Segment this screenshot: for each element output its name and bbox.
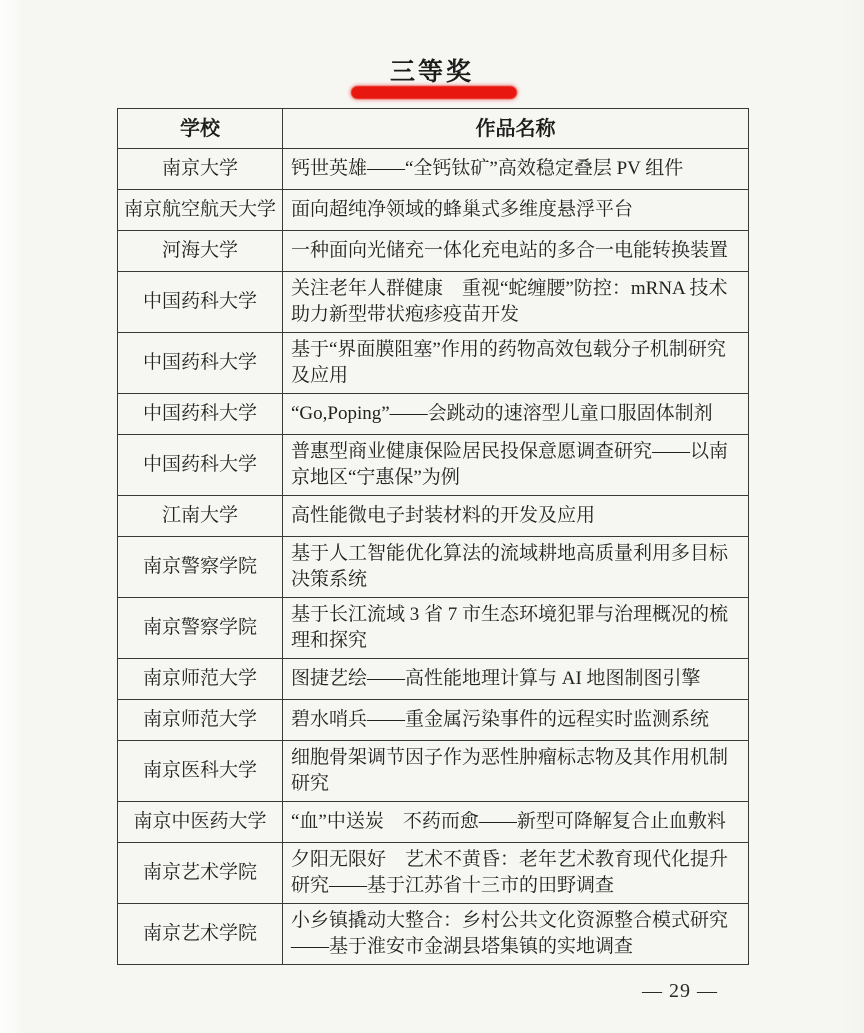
- school-cell: 江南大学: [118, 496, 283, 537]
- school-cell: 南京警察学院: [118, 537, 283, 598]
- work-cell: 小乡镇撬动大整合：乡村公共文化资源整合模式研究——基于淮安市金湖县塔集镇的实地调…: [283, 904, 749, 965]
- school-cell: 中国药科大学: [118, 394, 283, 435]
- work-cell: 普惠型商业健康保险居民投保意愿调查研究——以南京地区“宁惠保”为例: [283, 435, 749, 496]
- table-row: 南京医科大学细胞骨架调节因子作为恶性肿瘤标志物及其作用机制研究: [118, 741, 749, 802]
- school-cell: 南京航空航天大学: [118, 190, 283, 231]
- school-cell: 南京师范大学: [118, 700, 283, 741]
- column-header-work: 作品名称: [283, 109, 749, 149]
- school-cell: 南京艺术学院: [118, 904, 283, 965]
- table-row: 中国药科大学普惠型商业健康保险居民投保意愿调查研究——以南京地区“宁惠保”为例: [118, 435, 749, 496]
- document-page: { "page": { "title": "三等奖", "page_number…: [0, 0, 864, 1033]
- school-cell: 中国药科大学: [118, 333, 283, 394]
- work-cell: 面向超纯净领域的蜂巢式多维度悬浮平台: [283, 190, 749, 231]
- work-cell: 细胞骨架调节因子作为恶性肿瘤标志物及其作用机制研究: [283, 741, 749, 802]
- title-wrap: 三等奖: [0, 52, 864, 88]
- table-row: 南京艺术学院小乡镇撬动大整合：乡村公共文化资源整合模式研究——基于淮安市金湖县塔…: [118, 904, 749, 965]
- red-marker-underline: [351, 86, 517, 99]
- school-cell: 中国药科大学: [118, 435, 283, 496]
- school-cell: 南京医科大学: [118, 741, 283, 802]
- work-cell: 基于长江流域 3 省 7 市生态环境犯罪与治理概况的梳理和探究: [283, 598, 749, 659]
- table-row: 南京航空航天大学面向超纯净领域的蜂巢式多维度悬浮平台: [118, 190, 749, 231]
- work-cell: “Go,Poping”——会跳动的速溶型儿童口服固体制剂: [283, 394, 749, 435]
- school-cell: 河海大学: [118, 231, 283, 272]
- work-cell: “血”中送炭 不药而愈——新型可降解复合止血敷料: [283, 802, 749, 843]
- school-cell: 南京大学: [118, 149, 283, 190]
- column-header-school: 学校: [118, 109, 283, 149]
- table-row: 江南大学高性能微电子封装材料的开发及应用: [118, 496, 749, 537]
- table-header: 学校 作品名称: [118, 109, 749, 149]
- school-cell: 南京艺术学院: [118, 843, 283, 904]
- work-cell: 夕阳无限好 艺术不黄昏：老年艺术教育现代化提升研究——基于江苏省十三市的田野调查: [283, 843, 749, 904]
- school-cell: 中国药科大学: [118, 272, 283, 333]
- work-cell: 关注老年人群健康 重视“蛇缠腰”防控：mRNA 技术助力新型带状疱疹疫苗开发: [283, 272, 749, 333]
- table-body: 南京大学钙世英雄——“全钙钛矿”高效稳定叠层 PV 组件南京航空航天大学面向超纯…: [118, 149, 749, 965]
- section-title: 三等奖: [390, 52, 474, 88]
- table-row: 中国药科大学基于“界面膜阻塞”作用的药物高效包载分子机制研究及应用: [118, 333, 749, 394]
- work-cell: 高性能微电子封装材料的开发及应用: [283, 496, 749, 537]
- awards-table: 学校 作品名称 南京大学钙世英雄——“全钙钛矿”高效稳定叠层 PV 组件南京航空…: [117, 108, 749, 965]
- work-cell: 图捷艺绘——高性能地理计算与 AI 地图制图引擎: [283, 659, 749, 700]
- work-cell: 基于“界面膜阻塞”作用的药物高效包载分子机制研究及应用: [283, 333, 749, 394]
- table-row: 南京中医药大学“血”中送炭 不药而愈——新型可降解复合止血敷料: [118, 802, 749, 843]
- work-cell: 碧水哨兵——重金属污染事件的远程实时监测系统: [283, 700, 749, 741]
- table-row: 中国药科大学关注老年人群健康 重视“蛇缠腰”防控：mRNA 技术助力新型带状疱疹…: [118, 272, 749, 333]
- work-cell: 基于人工智能优化算法的流域耕地高质量利用多目标决策系统: [283, 537, 749, 598]
- table-row: 南京警察学院基于人工智能优化算法的流域耕地高质量利用多目标决策系统: [118, 537, 749, 598]
- page-number: — 29 —: [615, 980, 745, 1003]
- school-cell: 南京警察学院: [118, 598, 283, 659]
- school-cell: 南京中医药大学: [118, 802, 283, 843]
- table-row: 南京警察学院基于长江流域 3 省 7 市生态环境犯罪与治理概况的梳理和探究: [118, 598, 749, 659]
- table-row: 中国药科大学“Go,Poping”——会跳动的速溶型儿童口服固体制剂: [118, 394, 749, 435]
- work-cell: 一种面向光储充一体化充电站的多合一电能转换装置: [283, 231, 749, 272]
- table-row: 河海大学一种面向光储充一体化充电站的多合一电能转换装置: [118, 231, 749, 272]
- school-cell: 南京师范大学: [118, 659, 283, 700]
- table-row: 南京师范大学碧水哨兵——重金属污染事件的远程实时监测系统: [118, 700, 749, 741]
- table-row: 南京师范大学图捷艺绘——高性能地理计算与 AI 地图制图引擎: [118, 659, 749, 700]
- header-row: 学校 作品名称: [118, 109, 749, 149]
- table-row: 南京艺术学院夕阳无限好 艺术不黄昏：老年艺术教育现代化提升研究——基于江苏省十三…: [118, 843, 749, 904]
- table-row: 南京大学钙世英雄——“全钙钛矿”高效稳定叠层 PV 组件: [118, 149, 749, 190]
- work-cell: 钙世英雄——“全钙钛矿”高效稳定叠层 PV 组件: [283, 149, 749, 190]
